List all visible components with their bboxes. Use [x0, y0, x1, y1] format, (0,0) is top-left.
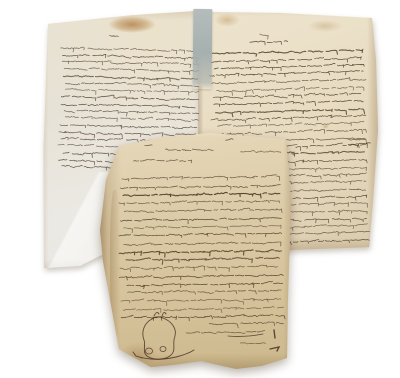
edge-mark	[270, 347, 279, 351]
manuscript-photo	[0, 0, 400, 378]
front-leaf	[100, 130, 293, 370]
underline-mark	[228, 334, 263, 336]
edge-mark	[274, 330, 275, 338]
signature-and-marks	[100, 130, 293, 370]
signature-flourish	[133, 312, 194, 359]
binding-tape	[193, 9, 213, 89]
front-leaf-paper	[100, 130, 293, 370]
